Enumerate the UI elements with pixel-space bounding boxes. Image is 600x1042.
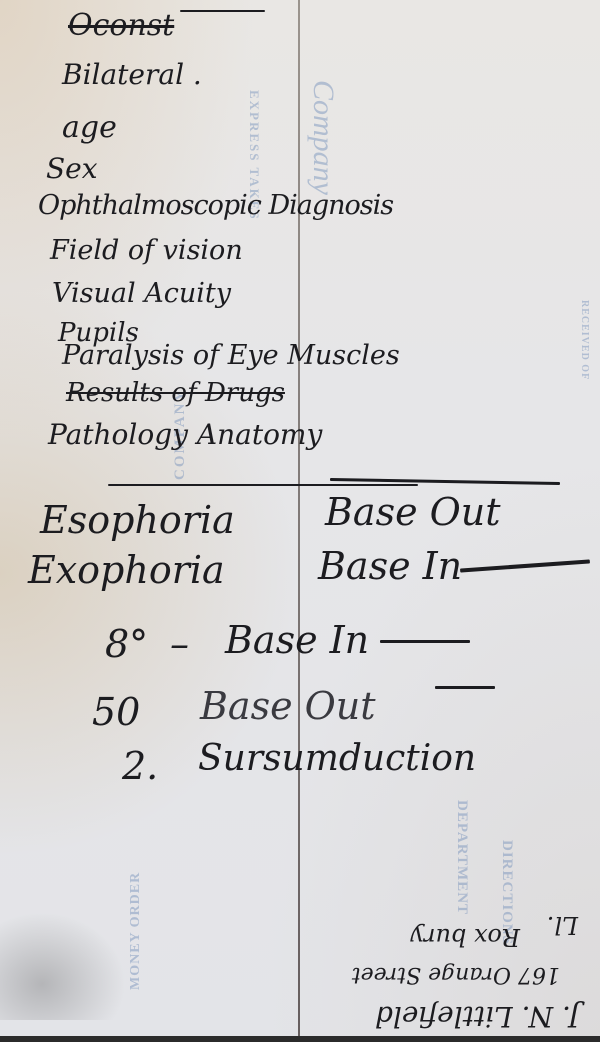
measure-amount: 8° <box>105 622 148 666</box>
measure-value: Base Out <box>200 684 376 728</box>
print-fragment: RECEIVED OF <box>579 300 590 380</box>
address-name: J. N. Littlefield <box>375 1000 580 1033</box>
finding-value: Base In <box>318 544 462 588</box>
measure-value: Base In <box>225 618 369 662</box>
heading-line: Bilateral . <box>62 58 202 91</box>
struck-heading: Oconst <box>68 8 174 43</box>
measure-value: Sursumduction <box>198 738 476 779</box>
checklist-item: Visual Acuity <box>52 278 231 309</box>
checklist-item-struck: Results of Drugs <box>66 378 285 408</box>
address-block: J. N. Littlefield 167 Orange Street Rox … <box>340 895 590 1035</box>
finding-value: Base Out <box>325 490 501 534</box>
divider-line <box>108 484 418 486</box>
address-initials: Ll. <box>547 911 578 939</box>
checklist-item: age <box>62 110 117 145</box>
print-fragment: MONEY ORDER <box>128 872 144 990</box>
address-street: 167 Orange Street <box>352 962 560 987</box>
checklist-item: Field of vision <box>50 235 243 266</box>
finding-label: Esophoria <box>40 498 235 542</box>
checklist-item: Paralysis of Eye Muscles <box>62 340 400 371</box>
pen-stroke <box>435 686 495 689</box>
pen-stroke <box>180 10 265 12</box>
pen-stroke <box>380 640 470 643</box>
measure-amount: 2. <box>122 744 158 788</box>
pen-stroke <box>460 559 590 572</box>
paper-edge <box>0 1036 600 1042</box>
checklist-item: Sex <box>46 152 98 185</box>
center-fold <box>298 0 300 1042</box>
ink-smudge <box>0 900 140 1020</box>
finding-label: Exophoria <box>28 548 225 592</box>
measure-amount: 50 <box>92 690 140 734</box>
checklist-item: Ophthalmoscopic Diagnosis <box>38 190 393 221</box>
paper-sheet: EXPRESS TAKES Company COMPANY DEPARTMENT… <box>0 0 600 1042</box>
checklist-item: Pathology Anatomy <box>48 418 322 451</box>
measure-separator: – <box>170 622 189 666</box>
address-city: Rox bury <box>410 923 520 951</box>
print-fragment: Company <box>306 80 340 195</box>
